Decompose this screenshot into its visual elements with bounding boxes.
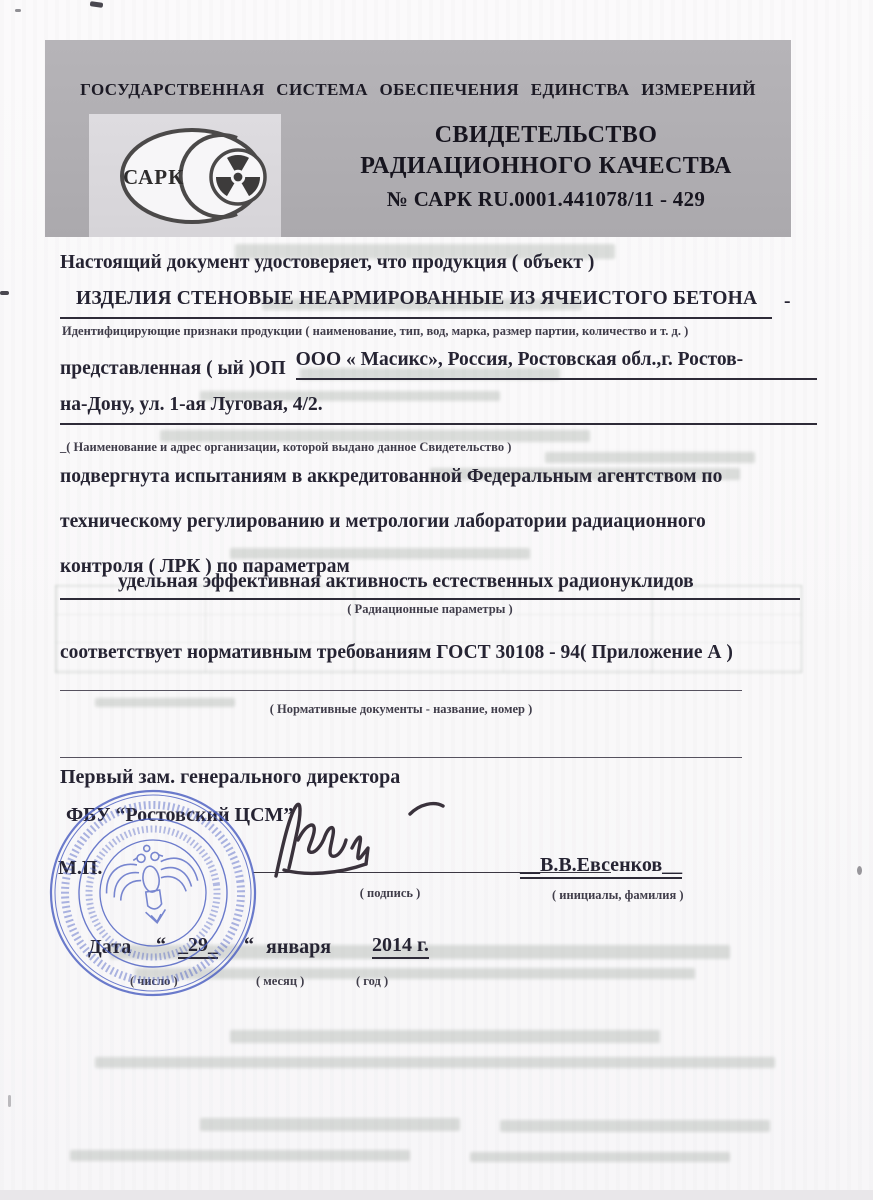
certificate-number: № САРК RU.0001.441078/11 - 429 [313,184,779,214]
scan-speck [8,1095,11,1107]
scan-speck [15,9,21,12]
tested-line2: техническому регулированию и метрологии … [60,511,706,533]
scan-speck [857,866,862,875]
date-year: 2014 г. [372,934,429,959]
normative-caption: ( Нормативные документы - название, номе… [60,702,742,717]
bleed-through-artifact [200,1118,460,1131]
tested-line1: подвергнута испытаниям в аккредитованной… [60,466,722,488]
organization-underline: ООО « Масикс», Россия, Ростовская обл.,г… [296,349,817,380]
date-year-caption: ( год ) [356,974,388,989]
organization-field-row2: на-Дону, ул. 1-ая Луговая, 4/2. [60,394,817,425]
organization-field-row1: представленная ( ый )ОП ООО « Масикс», Р… [60,349,817,380]
product-trailing-dash: - [784,291,791,313]
signature-caption: ( подпись ) [290,886,490,901]
bleed-through-artifact [230,1030,660,1043]
bleed-through-artifact [500,1120,770,1132]
organization-line1: ООО « Масикс», Россия, Ростовская обл.,г… [296,349,743,370]
certificate-scan-page: ГОСУДАРСТВЕННАЯ СИСТЕМА ОБЕСПЕЧЕНИЯ ЕДИН… [0,0,873,1200]
sark-logo-icon: САРК [89,114,281,237]
svg-text:САРК: САРК [123,165,184,189]
certificate-title-line1: СВИДЕТЕЛЬСТВО [313,120,779,151]
product-name-field: ИЗДЕЛИЯ СТЕНОВЫЕ НЕАРМИРОВАННЫЕ ИЗ ЯЧЕИС… [60,288,772,319]
scan-edge-shadow [0,1190,873,1200]
separator-rule [60,757,742,758]
parameter-field: удельная эффективная активность естестве… [60,571,800,600]
bleed-through-artifact [70,1150,410,1161]
certificate-title-block: СВИДЕТЕЛЬСТВО РАДИАЦИОННОГО КАЧЕСТВА № С… [313,120,779,214]
date-month: января [266,936,331,959]
intro-statement: Настоящий документ удостоверяет, что про… [60,252,594,274]
bleed-through-artifact [95,1057,775,1068]
organization-caption: _( Наименование и адрес организации, кот… [60,440,511,455]
header-band: ГОСУДАРСТВЕННАЯ СИСТЕМА ОБЕСПЕЧЕНИЯ ЕДИН… [45,40,791,237]
presented-label: представленная ( ый )ОП [60,358,286,380]
signer-name-caption: ( инициалы, фамилия ) [552,888,684,903]
gsi-system-title: ГОСУДАРСТВЕННАЯ СИСТЕМА ОБЕСПЕЧЕНИЯ ЕДИН… [45,80,791,100]
product-caption: Идентифицирующие признаки продукции ( на… [62,324,688,339]
sark-logo: САРК [89,114,281,237]
bleed-through-artifact [545,452,755,463]
handwritten-signature [262,796,452,882]
conformity-statement: соответствует нормативным требованиям ГО… [60,642,733,664]
date-month-caption: ( месяц ) [256,974,304,989]
bleed-through-artifact [470,1152,730,1162]
normative-rule [60,690,742,691]
scan-speck [90,1,104,8]
product-name-value: ИЗДЕЛИЯ СТЕНОВЫЕ НЕАРМИРОВАННЫЕ ИЗ ЯЧЕИС… [60,288,757,309]
scan-speck [0,291,9,295]
certificate-title-line2: РАДИАЦИОННОГО КАЧЕСТВА [313,151,779,182]
parameter-value: удельная эффективная активность естестве… [60,571,694,592]
signer-name: __В.В.Евсенков__ [520,854,682,879]
parameter-caption: ( Радиационные параметры ) [60,602,800,617]
organization-line2: на-Дону, ул. 1-ая Луговая, 4/2. [60,394,323,415]
official-round-stamp [43,783,263,1003]
